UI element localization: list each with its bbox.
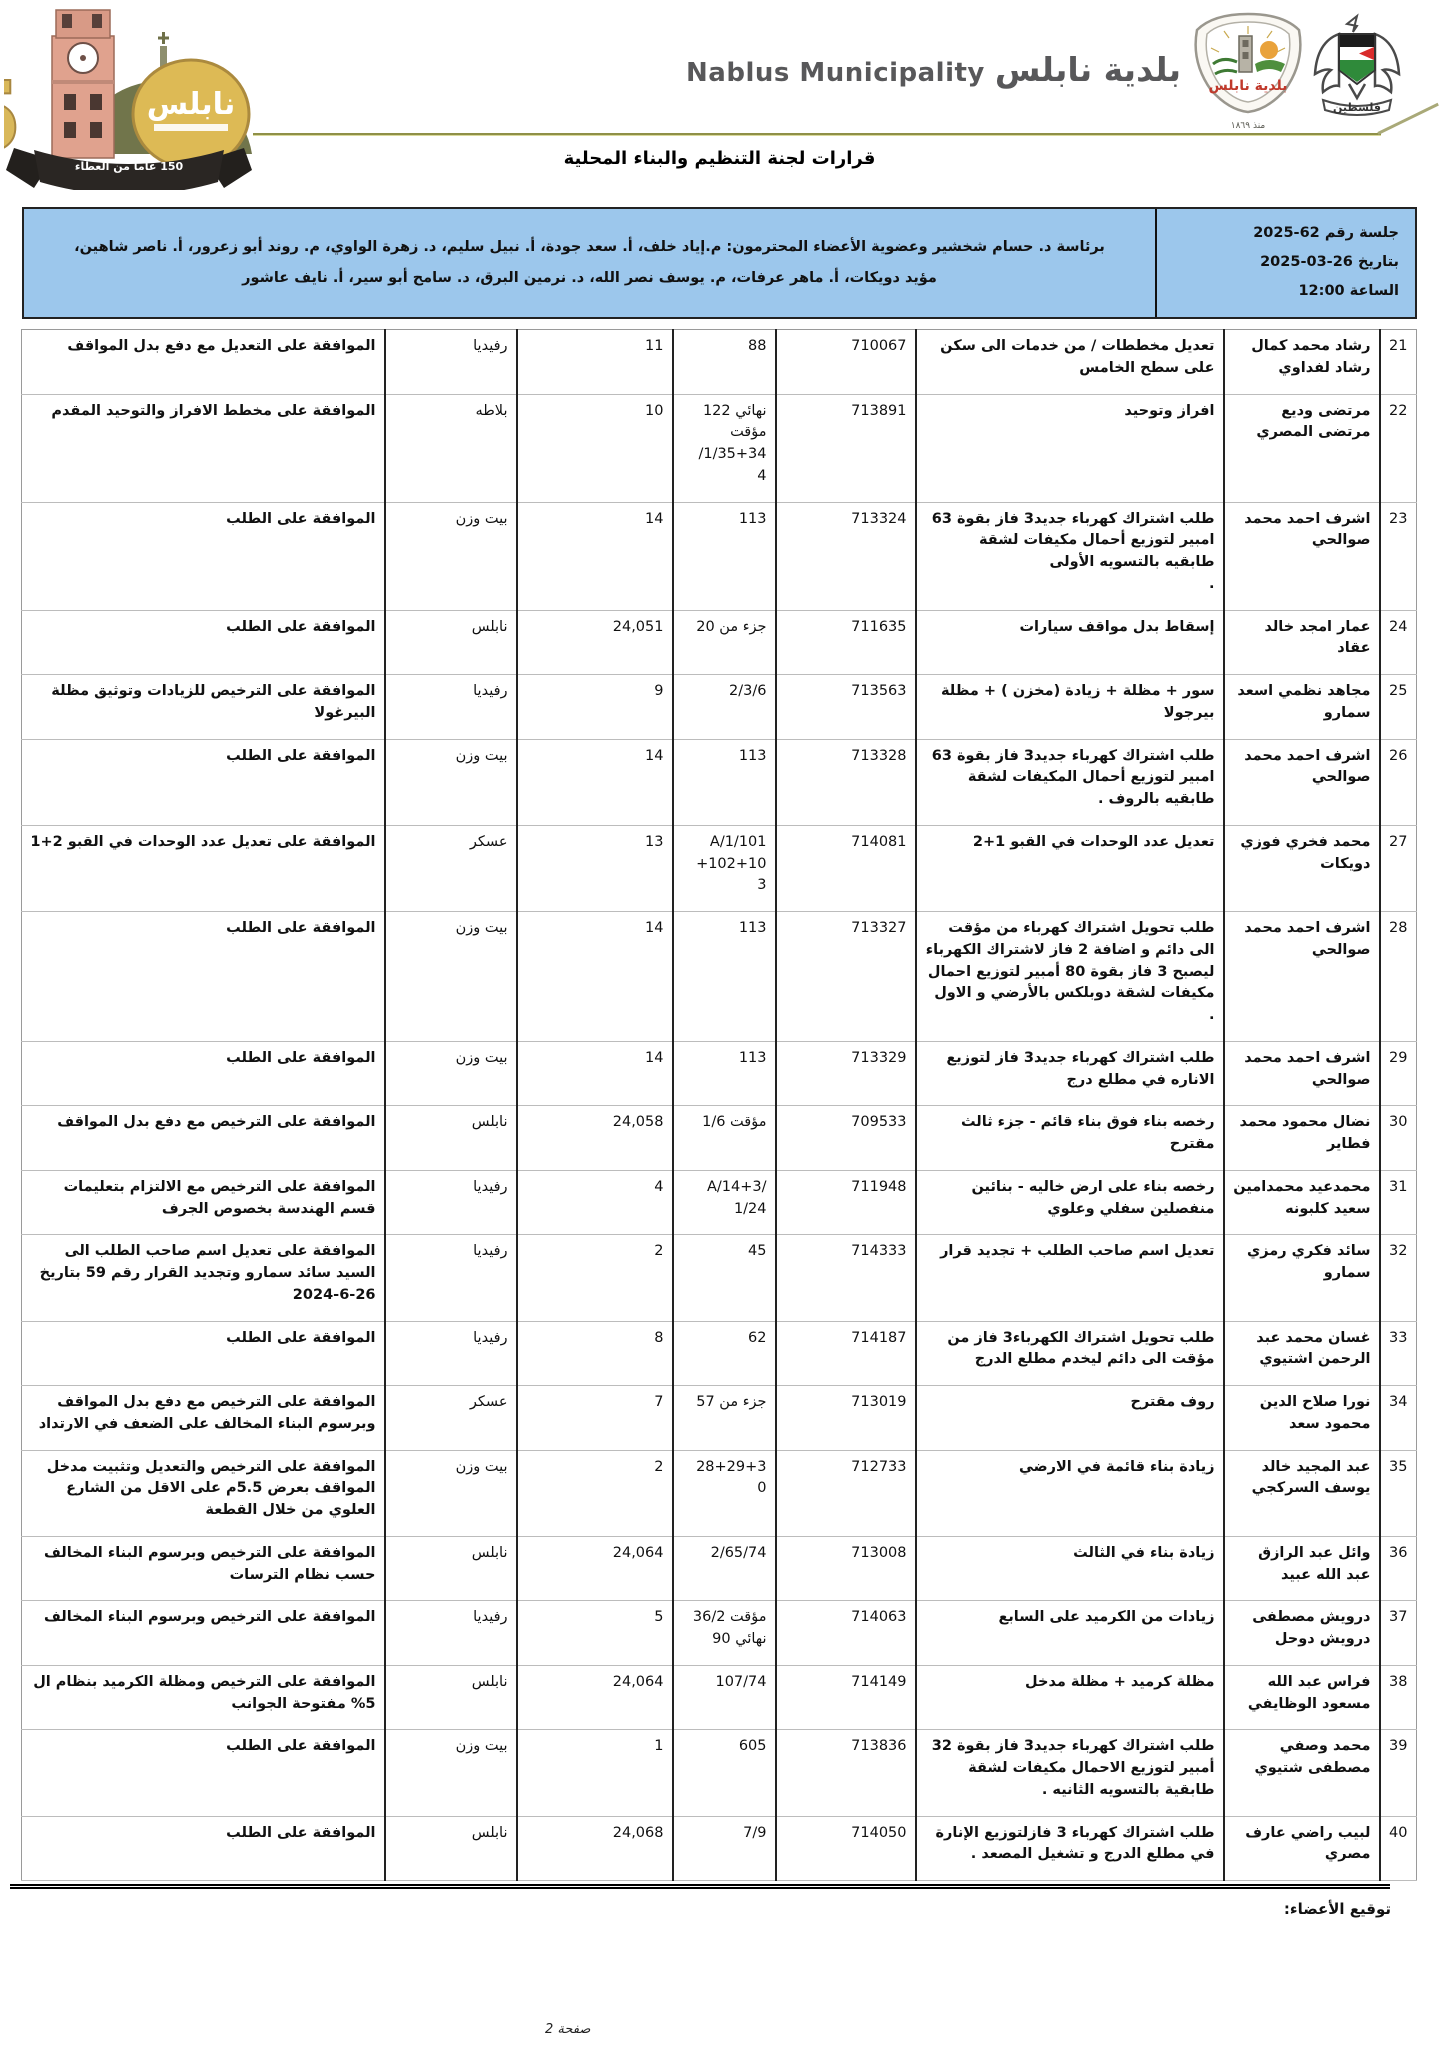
parcel-number-cell: 2/3/6 <box>673 675 776 740</box>
parcel-number-cell: 28+29+3 0 <box>673 1450 776 1536</box>
row-number-cell: 29 <box>1380 1041 1417 1106</box>
decision-cell: الموافقة على الطلب <box>22 610 385 675</box>
table-row: 40 لبيب راضي عارف مصري طلب اشتراك كهرباء… <box>22 1816 1417 1881</box>
session-time: الساعة 12:00 <box>1173 277 1399 306</box>
table-row: 24 عمار امجد خالد عقاد إسقاط بدل مواقف س… <box>22 610 1417 675</box>
file-number-cell: 713324 <box>776 502 916 610</box>
applicant-name-cell: محمد وصفي مصطفى شتيوي <box>1224 1730 1380 1816</box>
block-number-cell: 24,064 <box>517 1536 673 1601</box>
parcel-number-cell: ‪A/14+3/‬ ‪1/24‬ <box>673 1170 776 1235</box>
table-row: 21 رشاد محمد كمال رشاد لفداوي تعديل مخطط… <box>22 330 1417 395</box>
document-page: 15 نابلس 150 عاماً من العطاء <box>0 0 1439 2048</box>
file-number-cell: 713891 <box>776 394 916 502</box>
area-name-cell: بيت وزن <box>385 912 517 1042</box>
applicant-name-cell: اشرف احمد محمد صوالحي <box>1224 502 1380 610</box>
document-header: 15 نابلس 150 عاماً من العطاء <box>0 0 1439 205</box>
session-info-box: جلسة رقم 62-2025 بتاريخ 26-03-2025 الساع… <box>22 207 1417 319</box>
file-number-cell: 711635 <box>776 610 916 675</box>
decision-cell: الموافقة على التعديل مع دفع بدل المواقف <box>22 330 385 395</box>
block-number-cell: 13 <box>517 825 673 911</box>
block-number-cell: 14 <box>517 912 673 1042</box>
crest-caption: منذ ١٨٦٩ <box>1189 121 1307 131</box>
table-row: 33 غسان محمد عبد الرحمن اشتيوي طلب تحويل… <box>22 1321 1417 1386</box>
applicant-name-cell: عبد المجيد خالد يوسف السركجي <box>1224 1450 1380 1536</box>
file-number-cell: 710067 <box>776 330 916 395</box>
block-number-cell: 24,058 <box>517 1106 673 1171</box>
parcel-number-cell: 113 <box>673 912 776 1042</box>
row-number-cell: 24 <box>1380 610 1417 675</box>
request-description-cell: رخصه بناء على ارض خاليه - بنائين منفصلين… <box>916 1170 1224 1235</box>
decision-cell: الموافقة على الترخيص ومظلة الكرميد بنظام… <box>22 1665 385 1730</box>
header-divider-line <box>253 133 1381 136</box>
decision-cell: الموافقة على الترخيص وبرسوم البناء المخا… <box>22 1536 385 1601</box>
applicant-name-cell: اشرف احمد محمد صوالحي <box>1224 1041 1380 1106</box>
file-number-cell: 712733 <box>776 1450 916 1536</box>
request-description-cell: زيادة بناء في الثالث <box>916 1536 1224 1601</box>
file-number-cell: 713008 <box>776 1536 916 1601</box>
table-row: 34 نورا صلاح الدين محمود سعد روف مقترح 7… <box>22 1386 1417 1451</box>
area-name-cell: رفيديا <box>385 1235 517 1321</box>
area-name-cell: بيت وزن <box>385 1041 517 1106</box>
file-number-cell: 713563 <box>776 675 916 740</box>
parcel-number-cell: 107/74 <box>673 1665 776 1730</box>
logo-nablus-calligraphy: نابلس <box>147 87 235 122</box>
request-description-cell: طلب اشتراك كهرباء 3 فازلتوزيع الإنارة في… <box>916 1816 1224 1881</box>
applicant-name-cell: محمد فخري فوزي دويكات <box>1224 825 1380 911</box>
applicant-name-cell: وائل عبد الرازق عبد الله عبيد <box>1224 1536 1380 1601</box>
area-name-cell: رفيديا <box>385 1170 517 1235</box>
file-number-cell: 709533 <box>776 1106 916 1171</box>
clock-tower-icon <box>52 10 114 158</box>
area-name-cell: نابلس <box>385 610 517 675</box>
row-number-cell: 39 <box>1380 1730 1417 1816</box>
row-number-cell: 27 <box>1380 825 1417 911</box>
parcel-number-cell: مؤقت 36/2 نهائي 90 <box>673 1601 776 1666</box>
parcel-number-cell: مؤقت 1/6 <box>673 1106 776 1171</box>
parcel-number-cell: 2/65/74 <box>673 1536 776 1601</box>
block-number-cell: 24,068 <box>517 1816 673 1881</box>
block-number-cell: 9 <box>517 675 673 740</box>
table-row: 25 مجاهد نظمي اسعد سمارو سور + مظلة + زي… <box>22 675 1417 740</box>
parcel-number-cell: 7/9 <box>673 1816 776 1881</box>
request-description-cell: مظلة كرميد + مظلة مدخل <box>916 1665 1224 1730</box>
palestine-emblem: فلسطين <box>1309 12 1405 122</box>
file-number-cell: 714081 <box>776 825 916 911</box>
parcel-number-cell: 88 <box>673 330 776 395</box>
file-number-cell: 714050 <box>776 1816 916 1881</box>
applicant-name-cell: غسان محمد عبد الرحمن اشتيوي <box>1224 1321 1380 1386</box>
applicant-name-cell: اشرف احمد محمد صوالحي <box>1224 739 1380 825</box>
row-number-cell: 28 <box>1380 912 1417 1042</box>
parcel-number-cell: 113 <box>673 739 776 825</box>
session-number: جلسة رقم 62-2025 <box>1173 219 1399 248</box>
area-name-cell: نابلس <box>385 1816 517 1881</box>
request-description-cell: طلب اشتراك كهرباء جديد3 فاز بقوة 63 امبي… <box>916 739 1224 825</box>
row-number-cell: 26 <box>1380 739 1417 825</box>
area-name-cell: رفيديا <box>385 330 517 395</box>
signature-divider-line <box>10 1884 1390 1889</box>
parcel-number-cell: نهائي 122 مؤقت ‪/1/35+34‬ 4 <box>673 394 776 502</box>
decision-cell: الموافقة على الترخيص وبرسوم البناء المخا… <box>22 1601 385 1666</box>
table-row: 30 نضال محمود محمد فطاير رخصه بناء فوق ب… <box>22 1106 1417 1171</box>
file-number-cell: 714149 <box>776 1665 916 1730</box>
request-description-cell: رخصه بناء فوق بناء قائم - جزء ثالث مقترح <box>916 1106 1224 1171</box>
row-number-cell: 30 <box>1380 1106 1417 1171</box>
row-number-cell: 25 <box>1380 675 1417 740</box>
area-name-cell: رفيديا <box>385 1321 517 1386</box>
table-row: 37 درويش مصطفى درويش دوحل زيادات من الكر… <box>22 1601 1417 1666</box>
block-number-cell: 14 <box>517 1041 673 1106</box>
palestine-eagle-icon: فلسطين <box>1309 12 1405 118</box>
row-number-cell: 21 <box>1380 330 1417 395</box>
applicant-name-cell: عمار امجد خالد عقاد <box>1224 610 1380 675</box>
decisions-table: 21 رشاد محمد كمال رشاد لفداوي تعديل مخطط… <box>21 329 1417 1881</box>
parcel-number-cell: 113 <box>673 502 776 610</box>
block-number-cell: 24,051 <box>517 610 673 675</box>
session-date: بتاريخ 26-03-2025 <box>1173 248 1399 277</box>
request-description-cell: إسقاط بدل مواقف سيارات <box>916 610 1224 675</box>
parcel-number-cell: 45 <box>673 1235 776 1321</box>
request-description-cell: زيادة بناء قائمة في الارضي <box>916 1450 1224 1536</box>
decision-cell: الموافقة على الترخيص مع الالتزام بتعليما… <box>22 1170 385 1235</box>
row-number-cell: 36 <box>1380 1536 1417 1601</box>
request-description-cell: طلب تحويل اشتراك كهرباء من مؤقت الى دائم… <box>916 912 1224 1042</box>
request-description-cell: طلب اشتراك كهرباء جديد3 فاز بقوة 63 امبي… <box>916 502 1224 610</box>
file-number-cell: 711948 <box>776 1170 916 1235</box>
decision-cell: الموافقة على تعديل عدد الوحدات في القبو … <box>22 825 385 911</box>
applicant-name-cell: اشرف احمد محمد صوالحي <box>1224 912 1380 1042</box>
row-number-cell: 34 <box>1380 1386 1417 1451</box>
municipality-crest: بلدية نابلس منذ ١٨٦٩ <box>1189 12 1307 131</box>
file-number-cell: 713019 <box>776 1386 916 1451</box>
block-number-cell: 2 <box>517 1235 673 1321</box>
table-row: 26 اشرف احمد محمد صوالحي طلب اشتراك كهرب… <box>22 739 1417 825</box>
brand-arabic: بلدية نابلس <box>995 50 1181 89</box>
decision-cell: الموافقة على تعديل اسم صاحب الطلب الى ال… <box>22 1235 385 1321</box>
decision-cell: الموافقة على الترخيص والتعديل وتثبيت مدخ… <box>22 1450 385 1536</box>
area-name-cell: نابلس <box>385 1536 517 1601</box>
table-row: 36 وائل عبد الرازق عبد الله عبيد زيادة ب… <box>22 1536 1417 1601</box>
request-description-cell: طلب اشتراك كهرباء جديد3 فاز بقوة 32 أمبي… <box>916 1730 1224 1816</box>
applicant-name-cell: مجاهد نظمي اسعد سمارو <box>1224 675 1380 740</box>
decision-cell: الموافقة على مخطط الافراز والتوحيد المقد… <box>22 394 385 502</box>
block-number-cell: 10 <box>517 394 673 502</box>
file-number-cell: 713328 <box>776 739 916 825</box>
row-number-cell: 35 <box>1380 1450 1417 1536</box>
row-number-cell: 22 <box>1380 394 1417 502</box>
request-description-cell: افراز وتوحيد <box>916 394 1224 502</box>
table-row: 22 مرتضى وديع مرتضى المصري افراز وتوحيد … <box>22 394 1417 502</box>
decision-cell: الموافقة على الترخيص مع دفع بدل المواقف <box>22 1106 385 1171</box>
row-number-cell: 37 <box>1380 1601 1417 1666</box>
block-number-cell: 24,064 <box>517 1665 673 1730</box>
block-number-cell: 8 <box>517 1321 673 1386</box>
applicant-name-cell: رشاد محمد كمال رشاد لفداوي <box>1224 330 1380 395</box>
area-name-cell: نابلس <box>385 1665 517 1730</box>
applicant-name-cell: سائد فكري رمزي سمارو <box>1224 1235 1380 1321</box>
decision-cell: الموافقة على الطلب <box>22 502 385 610</box>
table-row: 23 اشرف احمد محمد صوالحي طلب اشتراك كهرب… <box>22 502 1417 610</box>
file-number-cell: 714187 <box>776 1321 916 1386</box>
request-description-cell: زيادات من الكرميد على السابع <box>916 1601 1224 1666</box>
applicant-name-cell: نورا صلاح الدين محمود سعد <box>1224 1386 1380 1451</box>
area-name-cell: بيت وزن <box>385 739 517 825</box>
request-description-cell: روف مقترح <box>916 1386 1224 1451</box>
applicant-name-cell: نضال محمود محمد فطاير <box>1224 1106 1380 1171</box>
parcel-number-cell: ‪A/1/101‬ ‪+102+10‬ 3 <box>673 825 776 911</box>
parcel-number-cell: جزء من 57 <box>673 1386 776 1451</box>
applicant-name-cell: فراس عبد الله مسعود الوظايفي <box>1224 1665 1380 1730</box>
block-number-cell: 14 <box>517 739 673 825</box>
block-number-cell: 2 <box>517 1450 673 1536</box>
decision-cell: الموافقة على الطلب <box>22 1041 385 1106</box>
crest-nablus-text: بلدية نابلس <box>1209 78 1288 94</box>
area-name-cell: بيت وزن <box>385 1730 517 1816</box>
request-description-cell: تعديل مخططات / من خدمات الى سكن على سطح … <box>916 330 1224 395</box>
members-signature-label: توقيع الأعضاء: <box>1284 1900 1391 1918</box>
decision-cell: الموافقة على الطلب <box>22 912 385 1042</box>
area-name-cell: بيت وزن <box>385 502 517 610</box>
decision-cell: الموافقة على الطلب <box>22 1816 385 1881</box>
page-title: قرارات لجنة التنظيم والبناء المحلية <box>0 148 1439 169</box>
table-row: 29 اشرف احمد محمد صوالحي طلب اشتراك كهرب… <box>22 1041 1417 1106</box>
request-description-cell: تعديل عدد الوحدات في القبو 1+2 <box>916 825 1224 911</box>
parcel-number-cell: جزء من 20 <box>673 610 776 675</box>
block-number-cell: 1 <box>517 1730 673 1816</box>
file-number-cell: 713327 <box>776 912 916 1042</box>
file-number-cell: 714063 <box>776 1601 916 1666</box>
brand-english: Nablus Municipality <box>686 58 985 88</box>
row-number-cell: 40 <box>1380 1816 1417 1881</box>
block-number-cell: 7 <box>517 1386 673 1451</box>
block-number-cell: 14 <box>517 502 673 610</box>
municipality-crest-icon: بلدية نابلس <box>1189 12 1307 116</box>
row-number-cell: 31 <box>1380 1170 1417 1235</box>
area-name-cell: عسكر <box>385 825 517 911</box>
parcel-number-cell: 62 <box>673 1321 776 1386</box>
file-number-cell: 713836 <box>776 1730 916 1816</box>
table-row: 31 محمدعيد محمدامين سعيد كلبونه رخصه بنا… <box>22 1170 1417 1235</box>
block-number-cell: 4 <box>517 1170 673 1235</box>
parcel-number-cell: 113 <box>673 1041 776 1106</box>
file-number-cell: 714333 <box>776 1235 916 1321</box>
area-name-cell: بلاطه <box>385 394 517 502</box>
table-row: 27 محمد فخري فوزي دويكات تعديل عدد الوحد… <box>22 825 1417 911</box>
row-number-cell: 38 <box>1380 1665 1417 1730</box>
brand-wordmark: Nablus Municipality بلدية نابلس <box>686 50 1181 89</box>
request-description-cell: سور + مظلة + زيادة (مخزن ) + مظلة بيرجول… <box>916 675 1224 740</box>
applicant-name-cell: محمدعيد محمدامين سعيد كلبونه <box>1224 1170 1380 1235</box>
table-row: 38 فراس عبد الله مسعود الوظايفي مظلة كرم… <box>22 1665 1417 1730</box>
area-name-cell: نابلس <box>385 1106 517 1171</box>
request-description-cell: طلب تحويل اشتراك الكهرباء3 فاز من مؤقت ا… <box>916 1321 1224 1386</box>
area-name-cell: رفيديا <box>385 675 517 740</box>
row-number-cell: 32 <box>1380 1235 1417 1321</box>
applicant-name-cell: درويش مصطفى درويش دوحل <box>1224 1601 1380 1666</box>
area-name-cell: بيت وزن <box>385 1450 517 1536</box>
page-number: صفحة 2 <box>545 2022 590 2037</box>
file-number-cell: 713329 <box>776 1041 916 1106</box>
row-number-cell: 23 <box>1380 502 1417 610</box>
applicant-name-cell: مرتضى وديع مرتضى المصري <box>1224 394 1380 502</box>
session-meta: جلسة رقم 62-2025 بتاريخ 26-03-2025 الساع… <box>1155 209 1415 317</box>
decision-cell: الموافقة على الطلب <box>22 1730 385 1816</box>
table-row: 32 سائد فكري رمزي سمارو تعديل اسم صاحب ا… <box>22 1235 1417 1321</box>
applicant-name-cell: لبيب راضي عارف مصري <box>1224 1816 1380 1881</box>
table-row: 35 عبد المجيد خالد يوسف السركجي زيادة بن… <box>22 1450 1417 1536</box>
request-description-cell: تعديل اسم صاحب الطلب + تجديد قرار <box>916 1235 1224 1321</box>
request-description-cell: طلب اشتراك كهرباء جديد3 فاز لتوزيع الانا… <box>916 1041 1224 1106</box>
block-number-cell: 11 <box>517 330 673 395</box>
block-number-cell: 5 <box>517 1601 673 1666</box>
decision-cell: الموافقة على الترخيص مع دفع بدل المواقف … <box>22 1386 385 1451</box>
decision-cell: الموافقة على الطلب <box>22 739 385 825</box>
session-attendees: برئاسة د. حسام شخشير وعضوية الأعضاء المح… <box>24 209 1155 317</box>
table-row: 28 اشرف احمد محمد صوالحي طلب تحويل اشترا… <box>22 912 1417 1042</box>
table-row: 39 محمد وصفي مصطفى شتيوي طلب اشتراك كهرب… <box>22 1730 1417 1816</box>
area-name-cell: رفيديا <box>385 1601 517 1666</box>
area-name-cell: عسكر <box>385 1386 517 1451</box>
decision-cell: الموافقة على الترخيص للزيادات وتوثيق مظل… <box>22 675 385 740</box>
parcel-number-cell: 605 <box>673 1730 776 1816</box>
decision-cell: الموافقة على الطلب <box>22 1321 385 1386</box>
palestine-label: فلسطين <box>1333 101 1381 114</box>
row-number-cell: 33 <box>1380 1321 1417 1386</box>
